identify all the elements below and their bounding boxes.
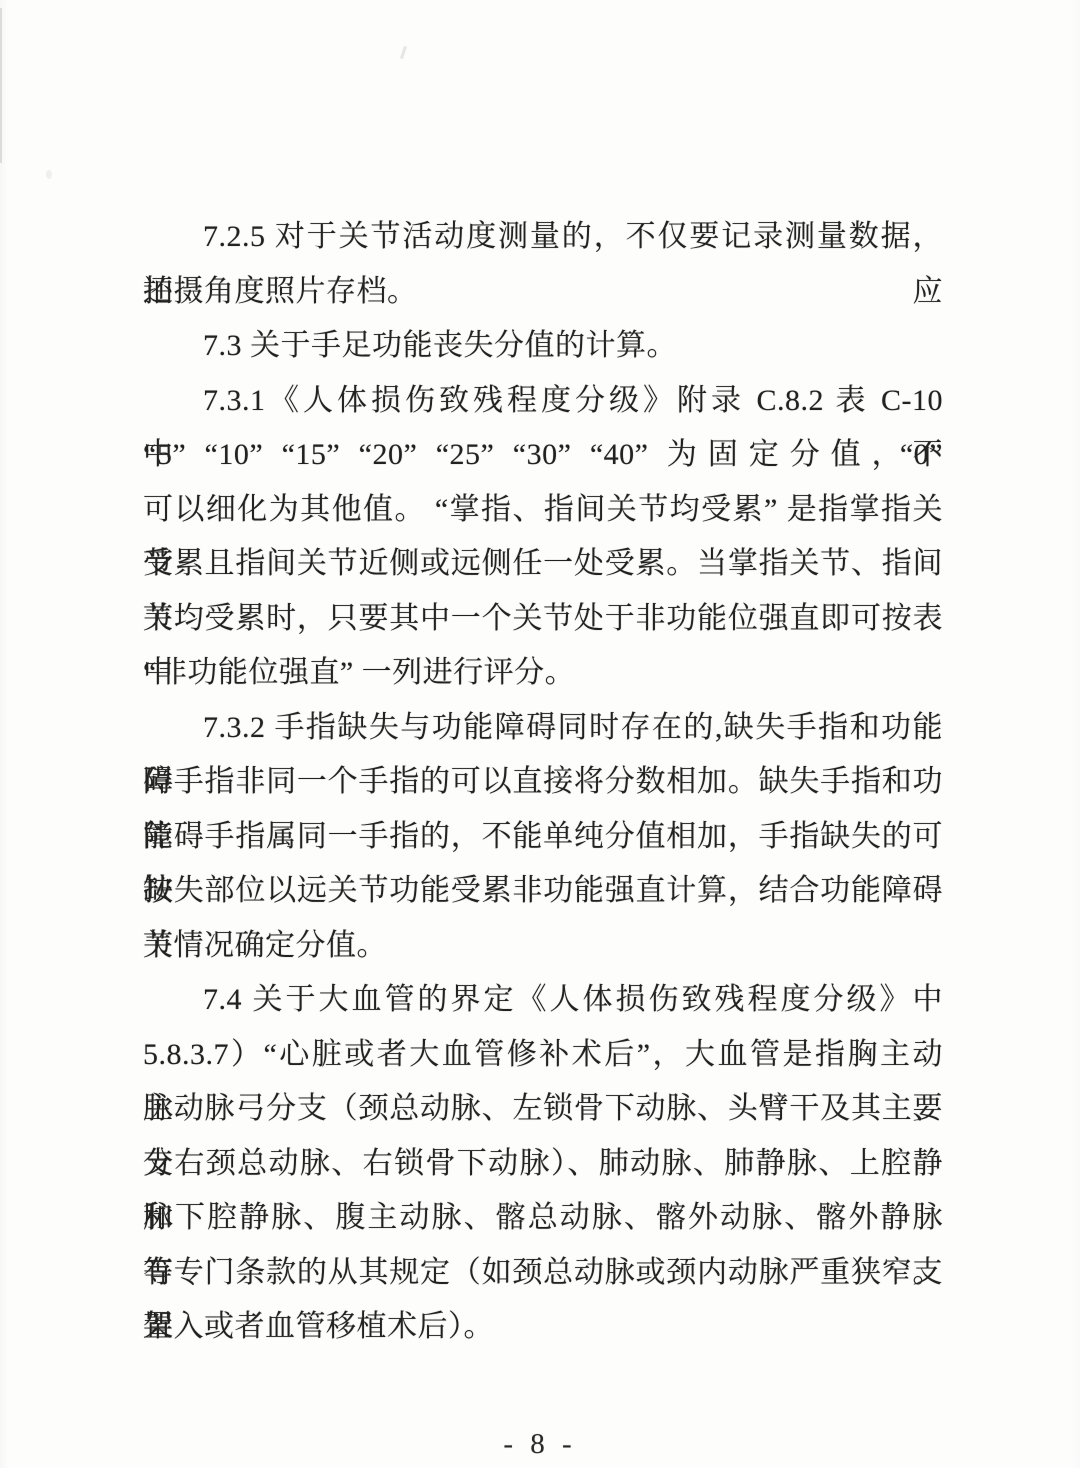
- text-line: “5” “10” “15” “20” “25” “30” “40” 为固定分值，…: [143, 428, 943, 483]
- document-page: 7.2.5 对于关节活动度测量的，不仅要记录测量数据，还应 拍摄角度照片存档。 …: [0, 0, 1080, 1468]
- text-line: 5.8.3.7）“心脏或者大血管修补术后”，大血管是指胸主动脉、: [143, 1028, 943, 1083]
- text-line: 障碍手指属同一手指的，不能单纯分值相加，手指缺失的可按: [143, 810, 943, 865]
- text-line: 节情况确定分值。: [143, 919, 943, 974]
- text-line: 有专门条款的从其规定（如颈总动脉或颈内动脉严重狭窄支架: [143, 1246, 943, 1301]
- text-line: 支右颈总动脉、右锁骨下动脉）、肺动脉、肺静脉、上腔静脉: [143, 1137, 943, 1192]
- text-line: 7.4 关于大血管的界定《人体损伤致残程度分级》中: [143, 973, 943, 1028]
- text-line: 受累且指间关节近侧或远侧任一处受累。当掌指关节、指间关: [143, 537, 943, 592]
- text-line: 7.2.5 对于关节活动度测量的，不仅要记录测量数据，还应: [143, 210, 943, 265]
- scan-mark-artifact: [46, 170, 52, 179]
- text-line: 7.3.2 手指缺失与功能障碍同时存在的,缺失手指和功能障: [143, 701, 943, 756]
- text-line: 可以细化为其他值。 “掌指、指间关节均受累” 是指掌指关节: [143, 483, 943, 538]
- text-line: 主动脉弓分支（颈总动脉、左锁骨下动脉、头臂干及其主要分: [143, 1082, 943, 1137]
- scan-edge-artifact: [0, 8, 2, 163]
- text-line: 缺失部位以远关节功能受累非功能强直计算，结合功能障碍关: [143, 864, 943, 919]
- text-line: 和下腔静脉、腹主动脉、髂总动脉、髂外动脉、髂外静脉等。: [143, 1191, 943, 1246]
- text-line: 节均受累时，只要其中一个关节处于非功能位强直即可按表中: [143, 592, 943, 647]
- text-line: 7.3.1《人体损伤致残程度分级》附录 C.8.2 表 C-10 中“0”: [143, 374, 943, 429]
- text-line: “非功能位强直” 一列进行评分。: [143, 646, 943, 701]
- page-number: - 8 -: [0, 1428, 1080, 1461]
- text-line: 7.3 关于手足功能丧失分值的计算。: [143, 319, 943, 374]
- text-line: 置入或者血管移植术后）。: [143, 1300, 943, 1355]
- text-line: 碍手指非同一个手指的可以直接将分数相加。缺失手指和功能: [143, 755, 943, 810]
- scan-mark-artifact: [400, 46, 407, 59]
- document-body: 7.2.5 对于关节活动度测量的，不仅要记录测量数据，还应 拍摄角度照片存档。 …: [143, 210, 943, 1355]
